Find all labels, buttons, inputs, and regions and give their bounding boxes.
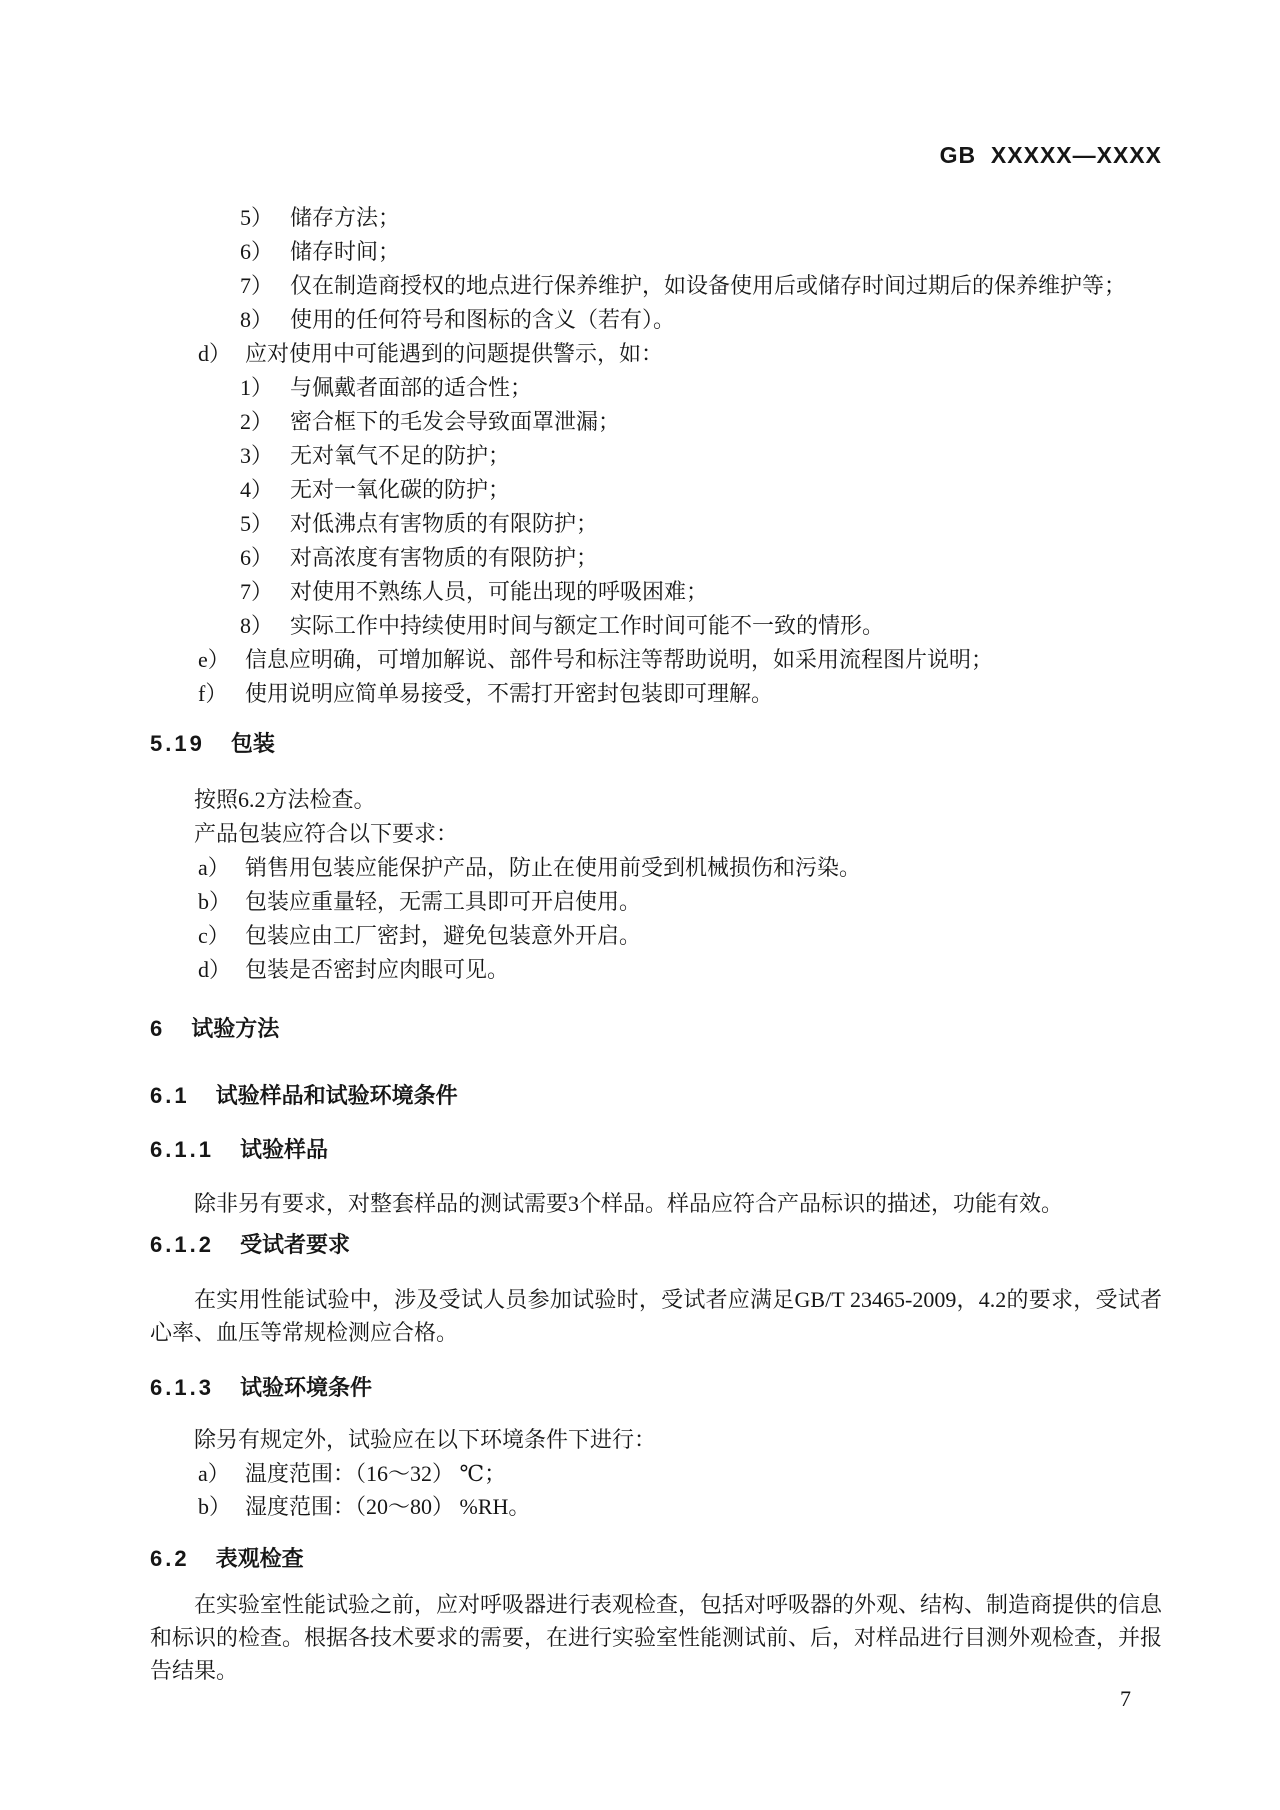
section-heading-6-1-3: 6.1.3 试验环境条件	[150, 1371, 372, 1405]
list-text: 应对使用中可能遇到的问题提供警示，如：	[245, 337, 663, 371]
list-item: 8） 实际工作中持续使用时间与额定工作时间可能不一致的情形。	[240, 609, 884, 643]
document-page: GB XXXXX—XXXX 5） 储存方法； 6） 储存时间； 7） 仅在制造商…	[0, 0, 1280, 1810]
paragraph: 按照6.2方法检查。	[150, 783, 1162, 816]
list-item: d） 应对使用中可能遇到的问题提供警示，如：	[198, 337, 663, 371]
list-item: 5） 对低沸点有害物质的有限防护；	[240, 507, 598, 541]
section-heading-6-1: 6.1 试验样品和试验环境条件	[150, 1079, 458, 1113]
list-marker: d）	[198, 953, 245, 987]
list-text: 对使用不熟练人员，可能出现的呼吸困难；	[290, 575, 708, 609]
list-item: 7） 对使用不熟练人员，可能出现的呼吸困难；	[240, 575, 708, 609]
section-title: 试验环境条件	[240, 1371, 372, 1405]
section-title: 试验样品和试验环境条件	[216, 1079, 458, 1113]
list-text: 销售用包装应能保护产品，防止在使用前受到机械损伤和污染。	[245, 851, 861, 885]
list-marker: 2）	[240, 405, 290, 439]
paragraph: 在实验室性能试验之前，应对呼吸器进行表观检查，包括对呼吸器的外观、结构、制造商提…	[150, 1588, 1162, 1687]
section-number: 6.1.1	[150, 1133, 214, 1167]
section-title: 试验方法	[191, 1012, 279, 1046]
paragraph: 在实用性能试验中，涉及受试人员参加试验时，受试者应满足GB/T 23465-20…	[150, 1283, 1162, 1349]
list-marker: 6）	[240, 235, 290, 269]
list-text: 包装是否密封应肉眼可见。	[245, 953, 509, 987]
list-marker: d）	[198, 337, 245, 371]
section-number: 6.1.3	[150, 1371, 214, 1405]
list-item: b） 包装应重量轻，无需工具即可开启使用。	[198, 885, 641, 919]
list-marker: a）	[198, 851, 245, 885]
list-marker: b）	[198, 885, 245, 919]
list-marker: 8）	[240, 609, 290, 643]
list-text: 包装应由工厂密封，避免包装意外开启。	[245, 919, 641, 953]
list-marker: a）	[198, 1457, 245, 1491]
section-number: 5.19	[150, 727, 205, 761]
section-title: 试验样品	[240, 1133, 328, 1167]
list-text: 使用的任何符号和图标的含义（若有）。	[290, 303, 675, 337]
list-text: 湿度范围：（20～80） %RH。	[245, 1490, 530, 1524]
list-text: 与佩戴者面部的适合性；	[290, 371, 532, 405]
list-item: a） 销售用包装应能保护产品，防止在使用前受到机械损伤和污染。	[198, 851, 861, 885]
list-item: c） 包装应由工厂密封，避免包装意外开启。	[198, 919, 641, 953]
list-text: 温度范围：（16～32） ℃；	[245, 1457, 506, 1491]
list-text: 信息应明确，可增加解说、部件号和标注等帮助说明，如采用流程图片说明；	[245, 643, 993, 677]
list-text: 对低沸点有害物质的有限防护；	[290, 507, 598, 541]
section-heading-6-2: 6.2 表观检查	[150, 1542, 304, 1576]
list-text: 使用说明应简单易接受，不需打开密封包装即可理解。	[245, 677, 773, 711]
list-item: d） 包装是否密封应肉眼可见。	[198, 953, 509, 987]
list-item: 4） 无对一氧化碳的防护；	[240, 473, 510, 507]
paragraph: 产品包装应符合以下要求：	[150, 817, 1162, 850]
list-marker: 7）	[240, 575, 290, 609]
paragraph: 除非另有要求，对整套样品的测试需要3个样品。样品应符合产品标识的描述，功能有效。	[150, 1187, 1162, 1220]
list-marker: 7）	[240, 269, 290, 303]
section-number: 6.1.2	[150, 1228, 214, 1262]
list-item: f） 使用说明应简单易接受，不需打开密封包装即可理解。	[198, 677, 773, 711]
list-marker: f）	[198, 677, 245, 711]
list-item: 6） 对高浓度有害物质的有限防护；	[240, 541, 598, 575]
list-text: 仅在制造商授权的地点进行保养维护，如设备使用后或储存时间过期后的保养维护等；	[290, 269, 1126, 303]
page-number: 7	[1120, 1686, 1131, 1712]
list-text: 储存方法；	[290, 201, 400, 235]
list-text: 无对氧气不足的防护；	[290, 439, 510, 473]
list-text: 对高浓度有害物质的有限防护；	[290, 541, 598, 575]
section-number: 6	[150, 1012, 165, 1046]
list-marker: 3）	[240, 439, 290, 473]
list-marker: 6）	[240, 541, 290, 575]
list-item: 6） 储存时间；	[240, 235, 400, 269]
list-item: 1） 与佩戴者面部的适合性；	[240, 371, 532, 405]
section-number: 6.2	[150, 1542, 190, 1576]
section-title: 表观检查	[216, 1542, 304, 1576]
list-item: 3） 无对氧气不足的防护；	[240, 439, 510, 473]
list-item: e） 信息应明确，可增加解说、部件号和标注等帮助说明，如采用流程图片说明；	[198, 643, 993, 677]
list-item: 5） 储存方法；	[240, 201, 400, 235]
section-heading-6-1-2: 6.1.2 受试者要求	[150, 1228, 350, 1262]
section-heading-5-19: 5.19 包装	[150, 727, 275, 761]
list-item: 7） 仅在制造商授权的地点进行保养维护，如设备使用后或储存时间过期后的保养维护等…	[240, 269, 1126, 303]
list-item: a） 温度范围：（16～32） ℃；	[198, 1457, 506, 1491]
list-text: 密合框下的毛发会导致面罩泄漏；	[290, 405, 620, 439]
doc-code-header: GB XXXXX—XXXX	[0, 142, 1162, 169]
list-marker: 4）	[240, 473, 290, 507]
list-text: 储存时间；	[290, 235, 400, 269]
list-marker: e）	[198, 643, 245, 677]
list-marker: 5）	[240, 201, 290, 235]
list-marker: b）	[198, 1490, 245, 1524]
list-item: 2） 密合框下的毛发会导致面罩泄漏；	[240, 405, 620, 439]
list-marker: 5）	[240, 507, 290, 541]
paragraph: 除另有规定外，试验应在以下环境条件下进行：	[150, 1423, 1162, 1456]
list-marker: c）	[198, 919, 245, 953]
section-heading-6-1-1: 6.1.1 试验样品	[150, 1133, 328, 1167]
list-text: 无对一氧化碳的防护；	[290, 473, 510, 507]
section-number: 6.1	[150, 1079, 190, 1113]
section-title: 包装	[231, 727, 275, 761]
section-heading-6: 6 试验方法	[150, 1012, 279, 1046]
list-item: b） 湿度范围：（20～80） %RH。	[198, 1490, 530, 1524]
list-marker: 8）	[240, 303, 290, 337]
section-title: 受试者要求	[240, 1228, 350, 1262]
list-item: 8） 使用的任何符号和图标的含义（若有）。	[240, 303, 675, 337]
list-marker: 1）	[240, 371, 290, 405]
list-text: 包装应重量轻，无需工具即可开启使用。	[245, 885, 641, 919]
list-text: 实际工作中持续使用时间与额定工作时间可能不一致的情形。	[290, 609, 884, 643]
